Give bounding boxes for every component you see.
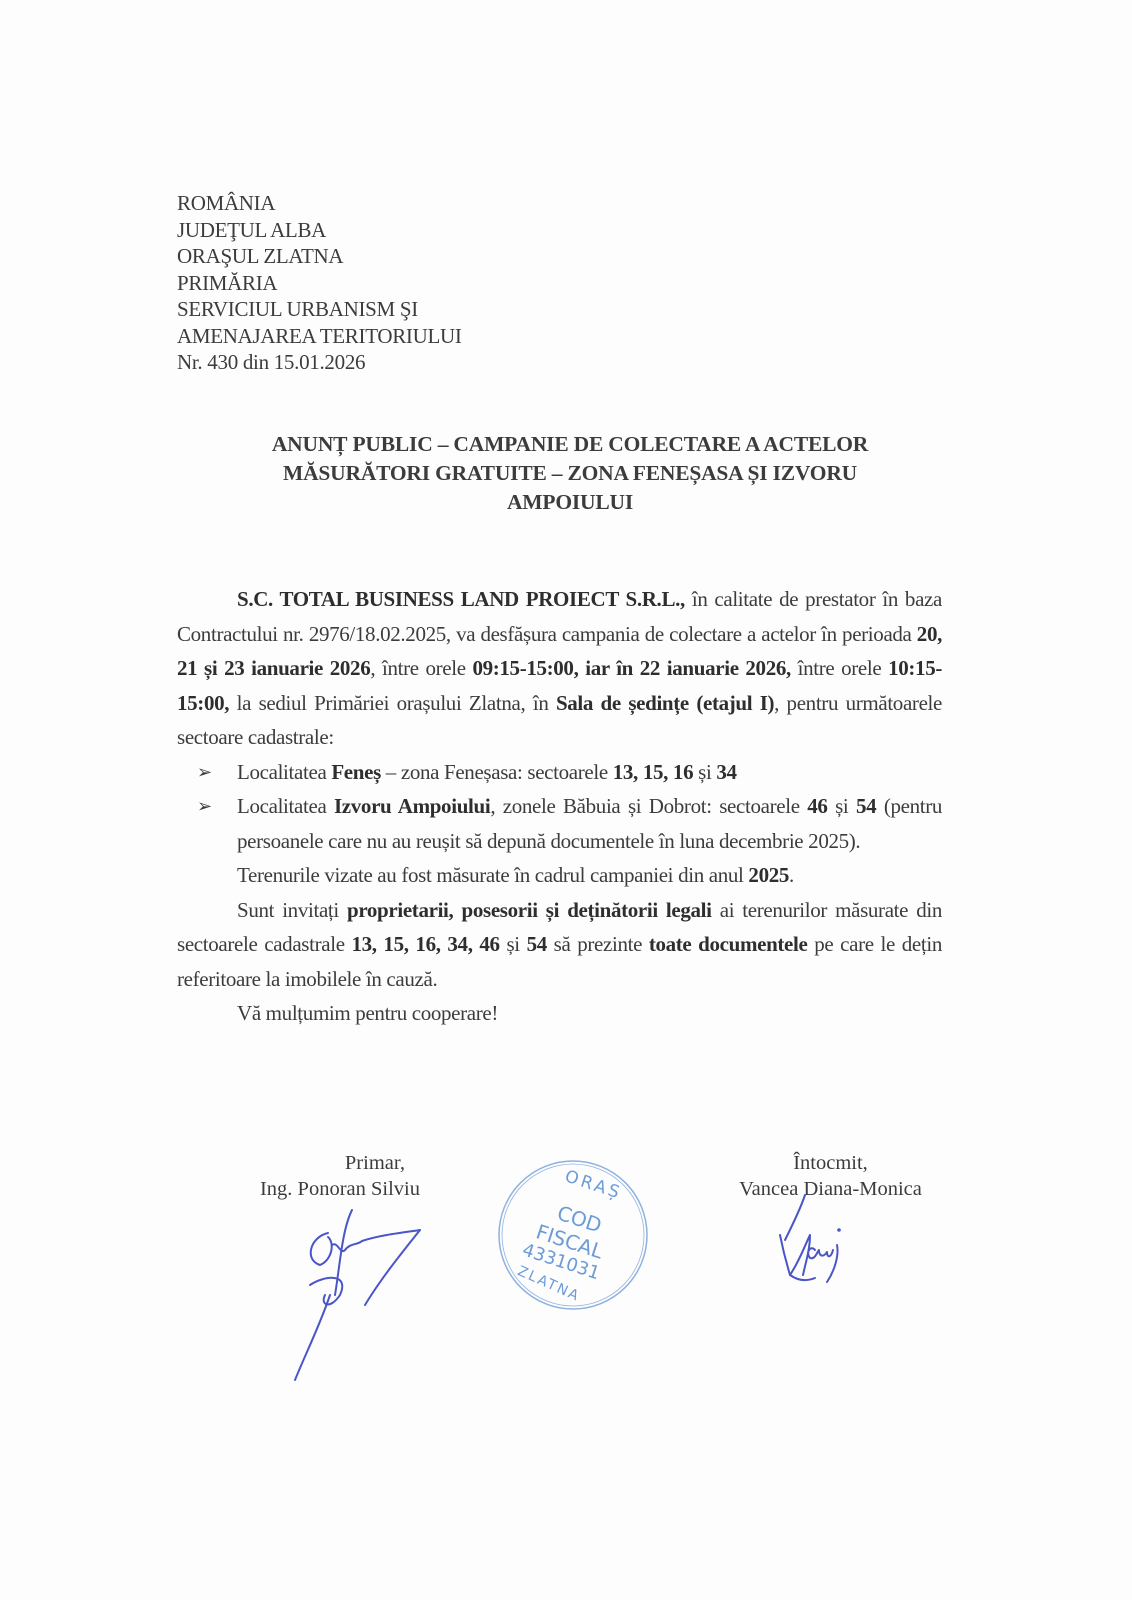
thanks-paragraph: Vă mulțumim pentru cooperare! (177, 996, 942, 1031)
campaign-hours: 09:15-15:00, iar în 22 ianuarie 2026, (472, 656, 790, 680)
sector-numbers: 54 (856, 794, 876, 818)
header-town: ORAŞUL ZLATNA (177, 243, 462, 270)
list-item: ➢Localitatea Feneș – zona Feneșasa: sect… (177, 755, 942, 790)
institution-header: ROMÂNIA JUDEŢUL ALBA ORAŞUL ZLATNA PRIMĂ… (177, 190, 462, 376)
header-institution: PRIMĂRIA (177, 270, 462, 297)
document-page: ROMÂNIA JUDEŢUL ALBA ORAŞUL ZLATNA PRIMĂ… (0, 0, 1132, 1600)
item-text: , zonele Băbuia și Dobrot: sectoarele (490, 794, 807, 818)
sector-numbers: 13, 15, 16 (613, 760, 694, 784)
header-department-1: SERVICIUL URBANISM ŞI (177, 296, 462, 323)
invited-parties: proprietarii, posesorii și deținătorii l… (347, 898, 712, 922)
item-text: Localitatea (237, 760, 331, 784)
official-stamp-icon: ORAȘ COD FISCAL 4331031 ZLATNA (493, 1150, 653, 1310)
sector-numbers: 54 (527, 932, 547, 956)
document-title: ANUNȚ PUBLIC – CAMPANIE DE COLECTARE A A… (200, 430, 940, 517)
list-item: ➢Localitatea Izvoru Ampoiului, zonele Bă… (177, 789, 942, 858)
paragraph-text: . (789, 863, 794, 887)
locality-name: Feneș (331, 760, 381, 784)
paragraph-text: să prezinte (547, 932, 649, 956)
sector-numbers: 46 (807, 794, 827, 818)
invitation-paragraph: Sunt invitați proprietarii, posesorii și… (177, 893, 942, 997)
intro-text: , între orele (370, 656, 472, 680)
paragraph-text: și (500, 932, 527, 956)
item-text: și (828, 794, 856, 818)
item-text: – zona Feneșasa: sectoarele (381, 760, 613, 784)
intro-paragraph: S.C. TOTAL BUSINESS LAND PROIECT S.R.L.,… (177, 582, 942, 755)
meeting-room: Sala de ședințe (etajul I) (556, 691, 774, 715)
signer-role: Întocmit, (718, 1150, 943, 1176)
preparer-signature-icon (775, 1190, 865, 1290)
signer-role: Primar, (230, 1150, 420, 1176)
header-country: ROMÂNIA (177, 190, 462, 217)
campaign-year: 2025 (748, 863, 789, 887)
mayor-signature-block: Primar, Ing. Ponoran Silviu (230, 1150, 420, 1202)
measurement-paragraph: Terenurile vizate au fost măsurate în ca… (177, 858, 942, 893)
sector-numbers: 34 (716, 760, 736, 784)
intro-text: între orele (791, 656, 888, 680)
svg-text:ORAȘ: ORAȘ (562, 1166, 624, 1203)
intro-text: la sediul Primăriei orașului Zlatna, în (229, 691, 556, 715)
item-text: Localitatea (237, 794, 334, 818)
title-line-2: MĂSURĂTORI GRATUITE – ZONA FENEȘASA ȘI I… (200, 459, 940, 488)
arrow-bullet-icon: ➢ (197, 755, 212, 790)
document-body: S.C. TOTAL BUSINESS LAND PROIECT S.R.L.,… (177, 582, 942, 1031)
locality-name: Izvoru Ampoiului (334, 794, 490, 818)
sector-list: ➢Localitatea Feneș – zona Feneșasa: sect… (177, 755, 942, 859)
required-documents: toate documentele (649, 932, 808, 956)
company-name: S.C. TOTAL BUSINESS LAND PROIECT S.R.L., (237, 587, 685, 611)
header-department-2: AMENAJAREA TERITORIULUI (177, 323, 462, 350)
arrow-bullet-icon: ➢ (197, 789, 212, 824)
header-registration-number: Nr. 430 din 15.01.2026 (177, 349, 462, 376)
title-line-3: AMPOIULUI (200, 488, 940, 517)
title-line-1: ANUNȚ PUBLIC – CAMPANIE DE COLECTARE A A… (200, 430, 940, 459)
sector-numbers: 13, 15, 16, 34, 46 (351, 932, 499, 956)
paragraph-text: Sunt invitați (237, 898, 347, 922)
mayor-signature-icon (280, 1205, 440, 1385)
signer-name: Ing. Ponoran Silviu (230, 1176, 420, 1202)
item-text: și (693, 760, 716, 784)
paragraph-text: Terenurile vizate au fost măsurate în ca… (237, 863, 748, 887)
header-county: JUDEŢUL ALBA (177, 217, 462, 244)
